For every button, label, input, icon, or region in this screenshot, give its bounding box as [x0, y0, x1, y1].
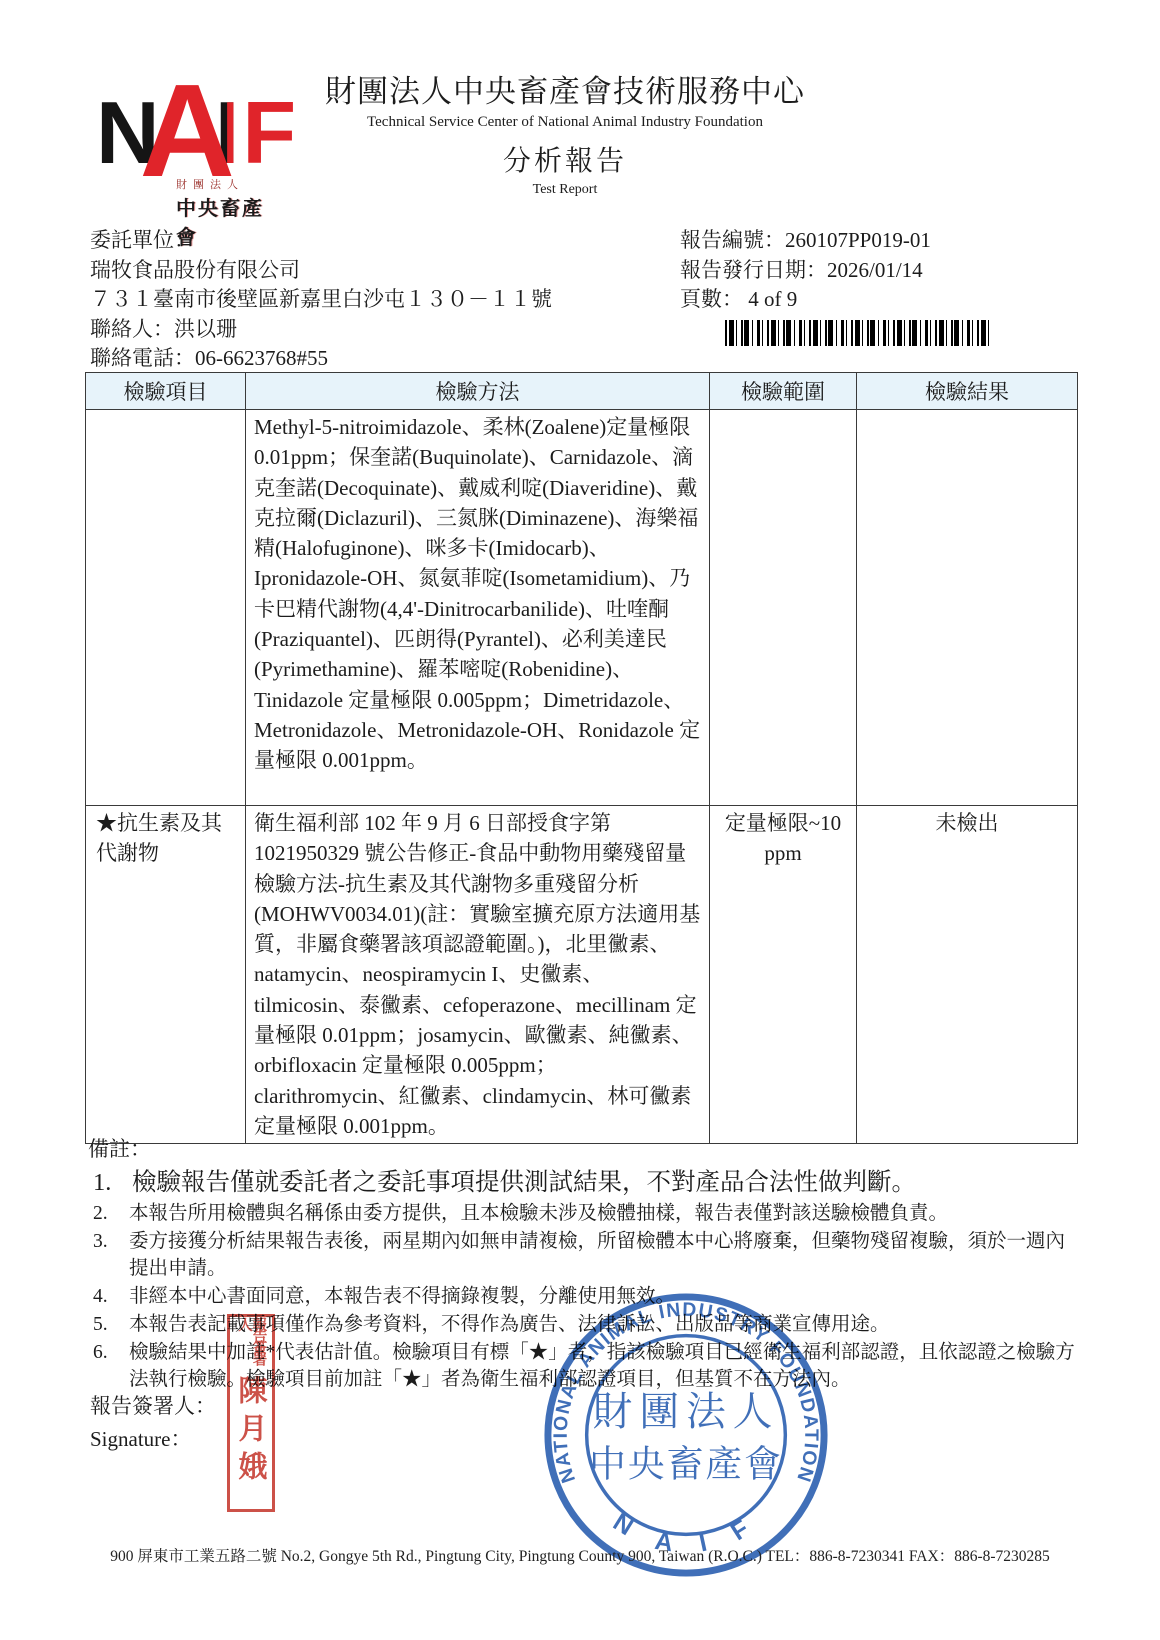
report-number: 報告編號：260107PP019-01	[680, 226, 989, 256]
test-report-page: N A I I F 財團法人 中央畜產會 財團法人中央畜產會技術服務中心 Tec…	[0, 0, 1160, 1640]
cell-result: 未檢出	[857, 806, 1078, 1144]
cell-item: ★抗生素及其代謝物	[86, 806, 246, 1144]
document-header: 財團法人中央畜產會技術服務中心 Technical Service Center…	[170, 66, 960, 198]
table-row: ★抗生素及其代謝物 衛生福利部 102 年 9 月 6 日部授食字第 10219…	[86, 806, 1078, 1144]
client-name: 瑞牧食品股份有限公司	[90, 256, 552, 286]
report-issue-date: 報告發行日期：2026/01/14	[680, 256, 989, 286]
table-row: Methyl-5-nitroimidazole、柔林(Zoalene)定量極限 …	[86, 410, 1078, 806]
remark-item: 2. 本報告所用檢體與名稱係由委方提供，且本檢驗未涉及檢體抽樣，報告表僅對該送驗…	[88, 1200, 1083, 1227]
cell-item	[86, 410, 246, 806]
report-info: 報告編號：260107PP019-01 報告發行日期：2026/01/14 頁數…	[680, 226, 989, 346]
cell-result	[857, 410, 1078, 806]
logo-letter-a: A	[140, 78, 235, 184]
page-title: 分析報告	[170, 139, 960, 179]
report-pages: 頁數： 4 of 9	[680, 285, 989, 315]
client-phone: 聯絡電話：06-6623768#55	[90, 344, 552, 374]
cell-range	[710, 410, 857, 806]
signature-label-en: Signature：	[90, 1423, 216, 1456]
cell-method: Methyl-5-nitroimidazole、柔林(Zoalene)定量極限 …	[246, 410, 710, 806]
signer-seal-name: 陳月娥	[231, 1375, 272, 1489]
client-address: ７３１臺南市後壁區新嘉里白沙屯１３０－１１號	[90, 285, 552, 315]
test-results-table: 檢驗項目 檢驗方法 檢驗範圍 檢驗結果 Methyl-5-nitroimidaz…	[85, 372, 1078, 1144]
remark-item: 3. 委方接獲分析結果報告表後，兩星期內如無申請複檢，所留檢體本中心將廢棄，但藥…	[88, 1228, 1083, 1282]
org-name-zh: 財團法人中央畜產會技術服務中心	[170, 66, 960, 111]
page-title-en: Test Report	[170, 182, 960, 198]
seal-center-line2: 中央畜產會	[589, 1444, 783, 1485]
organization-seal-stamp: NATIONAL ANIMAL INDUSTRY FOUNDATION N A …	[537, 1286, 835, 1584]
org-name-en: Technical Service Center of National Ani…	[170, 114, 960, 131]
remarks-title: 備註：	[88, 1134, 1083, 1164]
remark-item: 1. 檢驗報告僅就委託者之委託事項提供測試結果，不對產品合法性做判斷。	[88, 1166, 1083, 1199]
client-info: 委託單位： 瑞牧食品股份有限公司 ７３１臺南市後壁區新嘉里白沙屯１３０－１１號 …	[90, 226, 552, 374]
col-header-result: 檢驗結果	[857, 373, 1078, 410]
col-header-range: 檢驗範圍	[710, 373, 857, 410]
client-label: 委託單位：	[90, 226, 552, 256]
cell-range: 定量極限~10 ppm	[710, 806, 857, 1144]
col-header-item: 檢驗項目	[86, 373, 246, 410]
seal-center-line1: 財團法人	[593, 1390, 780, 1434]
table-header-row: 檢驗項目 檢驗方法 檢驗範圍 檢驗結果	[86, 373, 1078, 410]
barcode	[725, 320, 989, 346]
col-header-method: 檢驗方法	[246, 373, 710, 410]
signature-label-zh: 報告簽署人：	[90, 1390, 216, 1423]
signer-seal-stamp: 報告簽署人 陳月娥	[227, 1314, 275, 1512]
signer-seal-title: 報告簽署人	[237, 1317, 266, 1373]
cell-method: 衛生福利部 102 年 9 月 6 日部授食字第 1021950329 號公告修…	[246, 806, 710, 1144]
client-contact: 聯絡人：洪以珊	[90, 315, 552, 345]
signature-block: 報告簽署人： Signature：	[90, 1390, 216, 1456]
footer-address: 900 屏東市工業五路二號 No.2, Gongye 5th Rd., Ping…	[0, 1544, 1160, 1566]
organization-seal-svg: NATIONAL ANIMAL INDUSTRY FOUNDATION N A …	[537, 1286, 835, 1584]
